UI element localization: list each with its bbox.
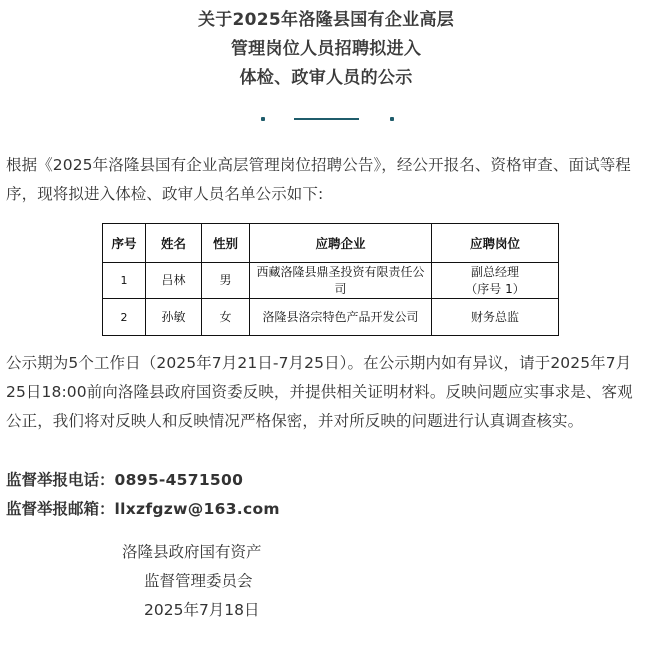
title-line-2: 管理岗位人员招聘拟进入 (0, 35, 652, 64)
title-line-1: 关于2025年洛隆县国有企业高层 (0, 6, 652, 35)
divider-dot-icon (261, 117, 265, 121)
cell-no: 1 (103, 263, 146, 299)
header-name: 姓名 (146, 224, 202, 263)
cell-company: 西藏洛隆县鼎圣投资有限责任公司 (250, 263, 432, 299)
position-note: （序号 1） (434, 281, 556, 298)
table-header-row: 序号 姓名 性别 应聘企业 应聘岗位 (103, 224, 559, 263)
intro-paragraph: 根据《2025年洛隆县国有企业高层管理岗位招聘公告》，经公开报名、资格审查、面试… (6, 151, 646, 209)
divider-dot-icon (390, 117, 394, 121)
phone-label: 监督举报电话： (6, 471, 115, 489)
signature-org-line-2: 监督管理委员会 (144, 567, 253, 596)
signature-org-line-1: 洛隆县政府国有资产 (122, 538, 262, 567)
email-label: 监督举报邮箱： (6, 500, 115, 518)
header-no: 序号 (103, 224, 146, 263)
report-email: 监督举报邮箱：llxzfgzw@163.com (6, 495, 280, 524)
decorative-divider (0, 113, 652, 125)
cell-gender: 男 (202, 263, 250, 299)
table-row: 1 吕林 男 西藏洛隆县鼎圣投资有限责任公司 副总经理 （序号 1） (103, 263, 559, 299)
cell-company: 洛隆县洛宗特色产品开发公司 (250, 299, 432, 336)
cell-no: 2 (103, 299, 146, 336)
report-phone: 监督举报电话：0895-4571500 (6, 466, 243, 495)
divider-line (294, 118, 359, 120)
cell-name: 吕林 (146, 263, 202, 299)
position-title: 副总经理 (434, 264, 556, 281)
candidate-table: 序号 姓名 性别 应聘企业 应聘岗位 1 吕林 男 西藏洛隆县鼎圣投资有限责任公… (102, 223, 559, 336)
title-line-3: 体检、政审人员的公示 (0, 64, 652, 93)
cell-position: 财务总监 (432, 299, 559, 336)
header-gender: 性别 (202, 224, 250, 263)
notice-paragraph: 公示期为5个工作日（2025年7月21日-7月25日）。在公示期内如有异议，请于… (6, 349, 646, 436)
announcement-title: 关于2025年洛隆县国有企业高层 管理岗位人员招聘拟进入 体检、政审人员的公示 (0, 6, 652, 93)
header-position: 应聘岗位 (432, 224, 559, 263)
table-row: 2 孙敏 女 洛隆县洛宗特色产品开发公司 财务总监 (103, 299, 559, 336)
header-company: 应聘企业 (250, 224, 432, 263)
phone-number[interactable]: 0895-4571500 (115, 471, 244, 489)
cell-name: 孙敏 (146, 299, 202, 336)
email-address[interactable]: llxzfgzw@163.com (115, 500, 280, 518)
cell-position: 副总经理 （序号 1） (432, 263, 559, 299)
cell-gender: 女 (202, 299, 250, 336)
signature-date: 2025年7月18日 (144, 596, 260, 625)
